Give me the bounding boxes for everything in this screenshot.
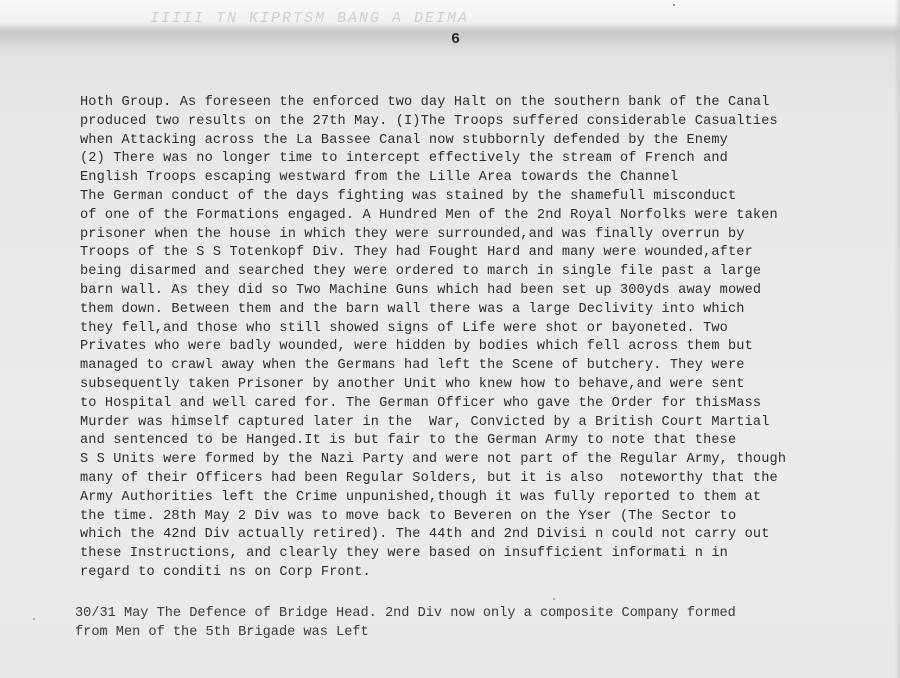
text-line: English Troops escaping westward from th…	[80, 169, 880, 188]
text-line: prisoner when the house in which they we…	[80, 226, 880, 245]
text-line: Army Authorities left the Crime unpunish…	[80, 489, 880, 508]
dust-speck	[673, 4, 675, 6]
text-line: to Hospital and well cared for. The Germ…	[80, 395, 880, 414]
text-line: them down. Between them and the barn wal…	[80, 301, 880, 320]
text-line: these Instructions, and clearly they wer…	[80, 545, 880, 564]
text-line: they fell,and those who still showed sig…	[80, 320, 880, 339]
text-line: from Men of the 5th Brigade was Left	[75, 624, 875, 643]
text-line: produced two results on the 27th May. (I…	[80, 113, 880, 132]
text-line: regard to conditi ns on Corp Front.	[80, 564, 880, 583]
text-line: S S Units were formed by the Nazi Party …	[80, 451, 880, 470]
text-line: Privates who were badly wounded, were hi…	[80, 338, 880, 357]
text-line: The German conduct of the days fighting …	[80, 188, 880, 207]
bleed-through-text: IIIII TN KIPRTSM BANG A DEIMA	[150, 10, 469, 27]
text-line: subsequently taken Prisoner by another U…	[80, 376, 880, 395]
text-line: the time. 28th May 2 Div was to move bac…	[80, 508, 880, 527]
text-line: Troops of the S S Totenkopf Div. They ha…	[80, 244, 880, 263]
text-line: many of their Officers had been Regular …	[80, 470, 880, 489]
text-line: which the 42nd Div actually retired). Th…	[80, 526, 880, 545]
text-line: of one of the Formations engaged. A Hund…	[80, 207, 880, 226]
text-line: 30/31 May The Defence of Bridge Head. 2n…	[75, 605, 875, 624]
paragraph-main: Hoth Group. As foreseen the enforced two…	[80, 94, 880, 583]
text-line: (2) There was no longer time to intercep…	[80, 150, 880, 169]
page-right-edge	[894, 0, 900, 678]
dust-speck	[553, 598, 555, 600]
dust-speck	[33, 618, 35, 620]
text-line: managed to crawl away when the Germans h…	[80, 357, 880, 376]
text-line: when Attacking across the La Bassee Cana…	[80, 132, 880, 151]
text-line: and sentenced to be Hanged.It is but fai…	[80, 432, 880, 451]
text-line: Hoth Group. As foreseen the enforced two…	[80, 94, 880, 113]
paragraph-bridge-head: 30/31 May The Defence of Bridge Head. 2n…	[75, 605, 875, 643]
document-page: IIIII TN KIPRTSM BANG A DEIMA 6 Hoth Gro…	[0, 0, 900, 678]
text-line: Murder was himself captured later in the…	[80, 414, 880, 433]
page-number: 6	[451, 31, 460, 48]
text-line: barn wall. As they did so Two Machine Gu…	[80, 282, 880, 301]
text-line: being disarmed and searched they were or…	[80, 263, 880, 282]
